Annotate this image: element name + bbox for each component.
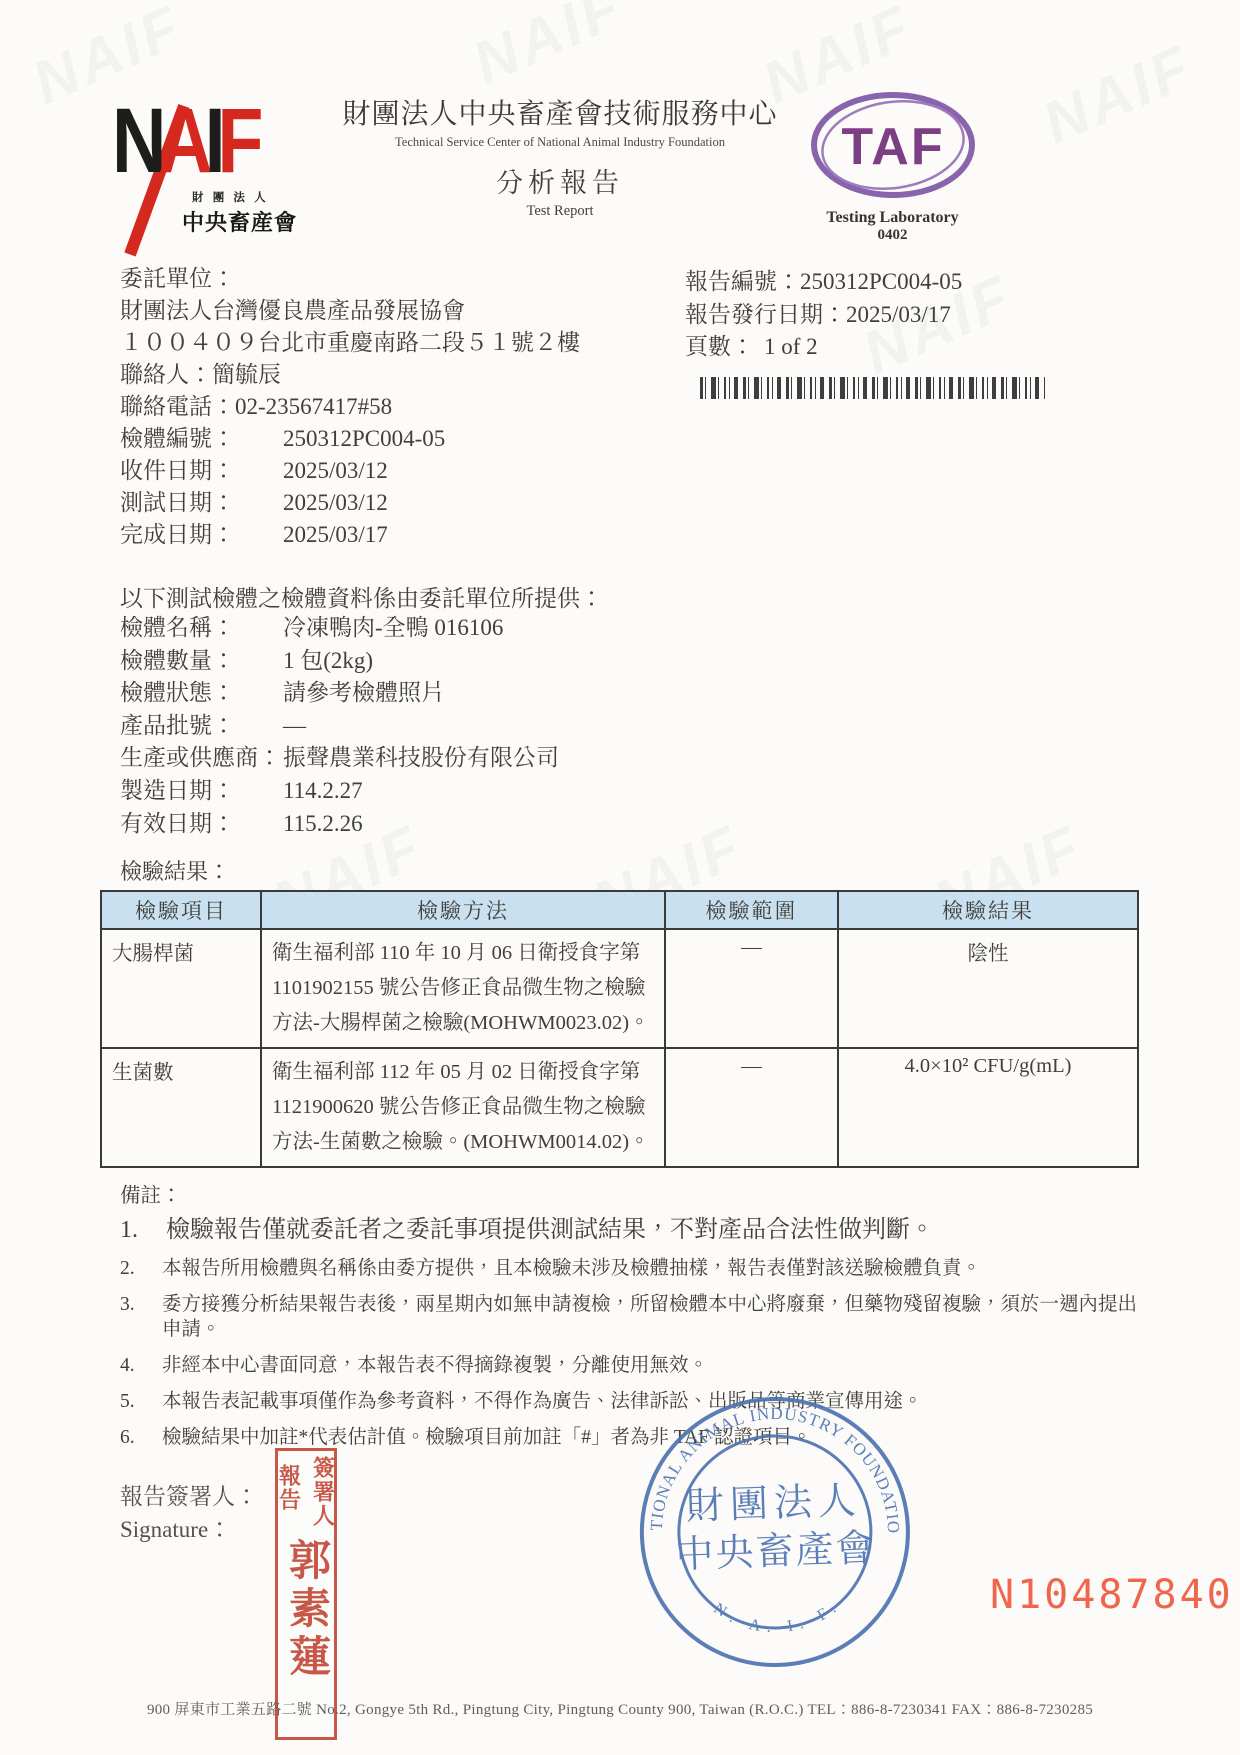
org-title-english: Technical Service Center of National Ani… bbox=[335, 135, 785, 150]
note-number: 1. bbox=[120, 1215, 166, 1245]
report-title-english: Test Report bbox=[335, 203, 785, 220]
mfg-date-label: 製造日期： bbox=[120, 775, 283, 808]
sample-state-row: 檢體狀態：請參考檢體照片 bbox=[120, 677, 559, 710]
report-title: 分析報告 bbox=[335, 161, 785, 200]
sample-meta-row: 測試日期：2025/03/12 bbox=[120, 487, 580, 519]
sample-meta-row: 完成日期：2025/03/17 bbox=[120, 519, 580, 551]
result-row-ecoli: 大腸桿菌 衛生福利部 110 年 10 月 06 日衛授食字第 11019021… bbox=[101, 929, 1138, 1048]
batch-no-value: — bbox=[283, 710, 306, 743]
result-value: 陰性 bbox=[838, 929, 1138, 1048]
page-count-value: 1 of 2 bbox=[764, 331, 818, 364]
issue-date-label: 報告發行日期： bbox=[685, 299, 846, 332]
footer-address: 900 屏東市工業五路二號 No.2, Gongye 5th Rd., Ping… bbox=[0, 1698, 1240, 1719]
result-item: 生菌數 bbox=[101, 1048, 261, 1167]
seal-arc-bottom-text: N. A. I. F. bbox=[710, 1596, 845, 1639]
mfg-date-value: 114.2.27 bbox=[283, 775, 363, 808]
report-serial-number: N10487840 bbox=[990, 1572, 1234, 1618]
exp-date-row: 有效日期：115.2.26 bbox=[120, 808, 559, 841]
issue-date-value: 2025/03/17 bbox=[846, 299, 951, 332]
signer-label-zh: 報告簽署人： bbox=[120, 1480, 258, 1513]
signer-stamp-title: 報告 簽署人 bbox=[274, 1451, 339, 1528]
sample-name-row: 檢體名稱：冷凍鴨肉-全鴨 016106 bbox=[120, 612, 559, 645]
document-header: 財團法人中央畜產會技術服務中心 Technical Service Center… bbox=[335, 92, 785, 220]
note-text: 檢驗報告僅就委託者之委託事項提供測試結果，不對產品合法性做判斷。 bbox=[166, 1215, 934, 1245]
taf-letters: TAF bbox=[841, 118, 944, 176]
note-item: 3.委方接獲分析結果報告表後，兩星期內如無申請複檢，所留檢體本中心將廢棄，但藥物… bbox=[120, 1292, 1142, 1342]
sample-meta-row: 檢體編號：250312PC004-05 bbox=[120, 423, 580, 455]
client-address: １００４０９台北市重慶南路二段５１號２樓 bbox=[120, 327, 580, 359]
report-number-row: 報告編號：250312PC004-05 bbox=[685, 266, 1045, 299]
test-date-label: 測試日期： bbox=[120, 487, 283, 519]
note-number: 3. bbox=[120, 1292, 162, 1342]
naif-watermark: NAIF bbox=[1033, 31, 1204, 157]
note-item: 2.本報告所用檢體與名稱係由委方提供，且本檢驗未涉及檢體抽樣，報告表僅對該送驗檢… bbox=[120, 1256, 1142, 1281]
complete-date-label: 完成日期： bbox=[120, 519, 283, 551]
issue-date-row: 報告發行日期：2025/03/17 bbox=[685, 299, 1045, 332]
signer-label-en: Signature： bbox=[120, 1513, 258, 1546]
naif-letter-n: N bbox=[112, 90, 158, 192]
sample-name-value: 冷凍鴨肉-全鴨 016106 bbox=[283, 612, 503, 645]
naif-letter-a: A bbox=[158, 90, 204, 192]
sample-meta-row: 收件日期：2025/03/12 bbox=[120, 455, 580, 487]
naif-logo: NAIF 財 團 法 人 中央畜産會 bbox=[112, 98, 302, 237]
client-phone: 聯絡電話：02-23567417#58 bbox=[120, 391, 580, 423]
supplier-value: 振聲農業科技股份有限公司 bbox=[283, 742, 559, 775]
result-method: 衛生福利部 112 年 05 月 02 日衛授食字第 1121900620 號公… bbox=[261, 1048, 665, 1167]
note-number: 4. bbox=[120, 1353, 162, 1378]
sample-state-value: 請參考檢體照片 bbox=[283, 677, 444, 710]
taf-lab-number: 0402 bbox=[795, 227, 990, 244]
supplier-row: 生產或供應商：振聲農業科技股份有限公司 bbox=[120, 742, 559, 775]
seal-center-line2: 中央畜產會 bbox=[675, 1528, 876, 1577]
stamp-title-left: 報告 bbox=[274, 1464, 305, 1528]
exp-date-value: 115.2.26 bbox=[283, 808, 363, 841]
sample-info: 檢體名稱：冷凍鴨肉-全鴨 016106 檢體數量：1 包(2kg) 檢體狀態：請… bbox=[120, 612, 559, 840]
results-table: 檢驗項目 檢驗方法 檢驗範圍 檢驗結果 大腸桿菌 衛生福利部 110 年 10 … bbox=[100, 890, 1139, 1168]
naif-logo-letters: NAIF bbox=[112, 98, 268, 185]
note-number: 2. bbox=[120, 1256, 162, 1281]
batch-no-row: 產品批號：— bbox=[120, 710, 559, 743]
naif-letter-i: I bbox=[205, 90, 218, 192]
note-number: 6. bbox=[120, 1425, 162, 1450]
note-text: 本報告所用檢體與名稱係由委方提供，且本檢驗未涉及檢體抽樣，報告表僅對該送驗檢體負… bbox=[162, 1256, 981, 1281]
received-date-label: 收件日期： bbox=[120, 455, 283, 487]
col-test-result: 檢驗結果 bbox=[838, 891, 1138, 929]
sample-state-label: 檢體狀態： bbox=[120, 677, 283, 710]
result-row-plate-count: 生菌數 衛生福利部 112 年 05 月 02 日衛授食字第 112190062… bbox=[101, 1048, 1138, 1167]
naif-logo-subtitle: 財 團 法 人 bbox=[192, 189, 302, 205]
client-info: 委託單位： 財團法人台灣優良農產品發展協會 １００４０９台北市重慶南路二段５１號… bbox=[120, 263, 580, 551]
sample-name-label: 檢體名稱： bbox=[120, 612, 283, 645]
result-method: 衛生福利部 110 年 10 月 06 日衛授食字第 1101902155 號公… bbox=[261, 929, 665, 1048]
result-value: 4.0×10² CFU/g(mL) bbox=[838, 1048, 1138, 1167]
taf-logo-icon: TAF bbox=[798, 90, 988, 202]
org-title: 財團法人中央畜產會技術服務中心 bbox=[335, 92, 785, 132]
col-test-method: 檢驗方法 bbox=[261, 891, 665, 929]
naif-letter-f: F bbox=[217, 90, 255, 192]
col-test-range: 檢驗範圍 bbox=[665, 891, 838, 929]
complete-date-value: 2025/03/17 bbox=[283, 519, 388, 551]
test-report-page: NAIF NAIF NAIF NAIF NAIF NAIF NAIF NAIF … bbox=[0, 0, 1240, 1755]
results-section-label: 檢驗結果： bbox=[120, 855, 230, 886]
sample-qty-row: 檢體數量：1 包(2kg) bbox=[120, 645, 559, 678]
signer-stamp-name: 郭素蓮 bbox=[276, 1538, 336, 1682]
mfg-date-row: 製造日期：114.2.27 bbox=[120, 775, 559, 808]
report-info: 報告編號：250312PC004-05 報告發行日期：2025/03/17 頁數… bbox=[685, 266, 1045, 399]
naif-watermark: NAIF bbox=[463, 0, 634, 98]
note-text: 非經本中心書面同意，本報告表不得摘錄複製，分離使用無效。 bbox=[162, 1353, 708, 1378]
seal-center-line1: 財團法人 bbox=[685, 1480, 862, 1528]
foundation-seal: NATIONAL ANIMAL INDUSTRY FOUNDATION N. A… bbox=[595, 1384, 955, 1686]
stamp-title-right: 簽署人 bbox=[308, 1456, 339, 1528]
sample-id-label: 檢體編號： bbox=[120, 423, 283, 455]
client-contact: 聯絡人：簡毓辰 bbox=[120, 359, 580, 391]
note-item: 4.非經本中心書面同意，本報告表不得摘錄複製，分離使用無效。 bbox=[120, 1353, 1142, 1378]
sample-qty-label: 檢體數量： bbox=[120, 645, 283, 678]
signer-stamp: 報告 簽署人 郭素蓮 bbox=[275, 1448, 337, 1740]
report-number-value: 250312PC004-05 bbox=[800, 266, 962, 299]
report-number-label: 報告編號： bbox=[685, 266, 800, 299]
page-count-row: 頁數：1 of 2 bbox=[685, 331, 1045, 364]
signature-block: 報告簽署人： Signature： bbox=[120, 1480, 258, 1546]
batch-no-label: 產品批號： bbox=[120, 710, 283, 743]
exp-date-label: 有效日期： bbox=[120, 808, 283, 841]
note-item: 1.檢驗報告僅就委託者之委託事項提供測試結果，不對產品合法性做判斷。 bbox=[120, 1215, 1142, 1245]
sample-qty-value: 1 包(2kg) bbox=[283, 645, 373, 678]
col-test-item: 檢驗項目 bbox=[101, 891, 261, 929]
received-date-value: 2025/03/12 bbox=[283, 455, 388, 487]
result-range: — bbox=[665, 1048, 838, 1167]
note-number: 5. bbox=[120, 1389, 162, 1414]
client-unit-name: 財團法人台灣優良農產品發展協會 bbox=[120, 295, 580, 327]
results-header-row: 檢驗項目 檢驗方法 檢驗範圍 檢驗結果 bbox=[101, 891, 1138, 929]
page-count-label: 頁數： bbox=[685, 331, 754, 364]
result-range: — bbox=[665, 929, 838, 1048]
notes-label: 備註： bbox=[120, 1178, 1142, 1208]
sample-id-value: 250312PC004-05 bbox=[283, 423, 445, 455]
note-text: 委方接獲分析結果報告表後，兩星期內如無申請複檢，所留檢體本中心將廢棄，但藥物殘留… bbox=[162, 1292, 1142, 1342]
report-barcode bbox=[700, 377, 1045, 399]
naif-logo-org-name: 中央畜産會 bbox=[182, 206, 302, 237]
supplier-label: 生產或供應商： bbox=[120, 742, 283, 775]
result-item: 大腸桿菌 bbox=[101, 929, 261, 1048]
taf-accreditation-mark: TAF Testing Laboratory 0402 bbox=[795, 90, 990, 244]
taf-label: Testing Laboratory bbox=[795, 209, 990, 227]
client-unit-label: 委託單位： bbox=[120, 263, 580, 295]
test-date-value: 2025/03/12 bbox=[283, 487, 388, 519]
sample-info-intro: 以下測試檢體之檢體資料係由委託單位所提供： bbox=[120, 580, 603, 613]
